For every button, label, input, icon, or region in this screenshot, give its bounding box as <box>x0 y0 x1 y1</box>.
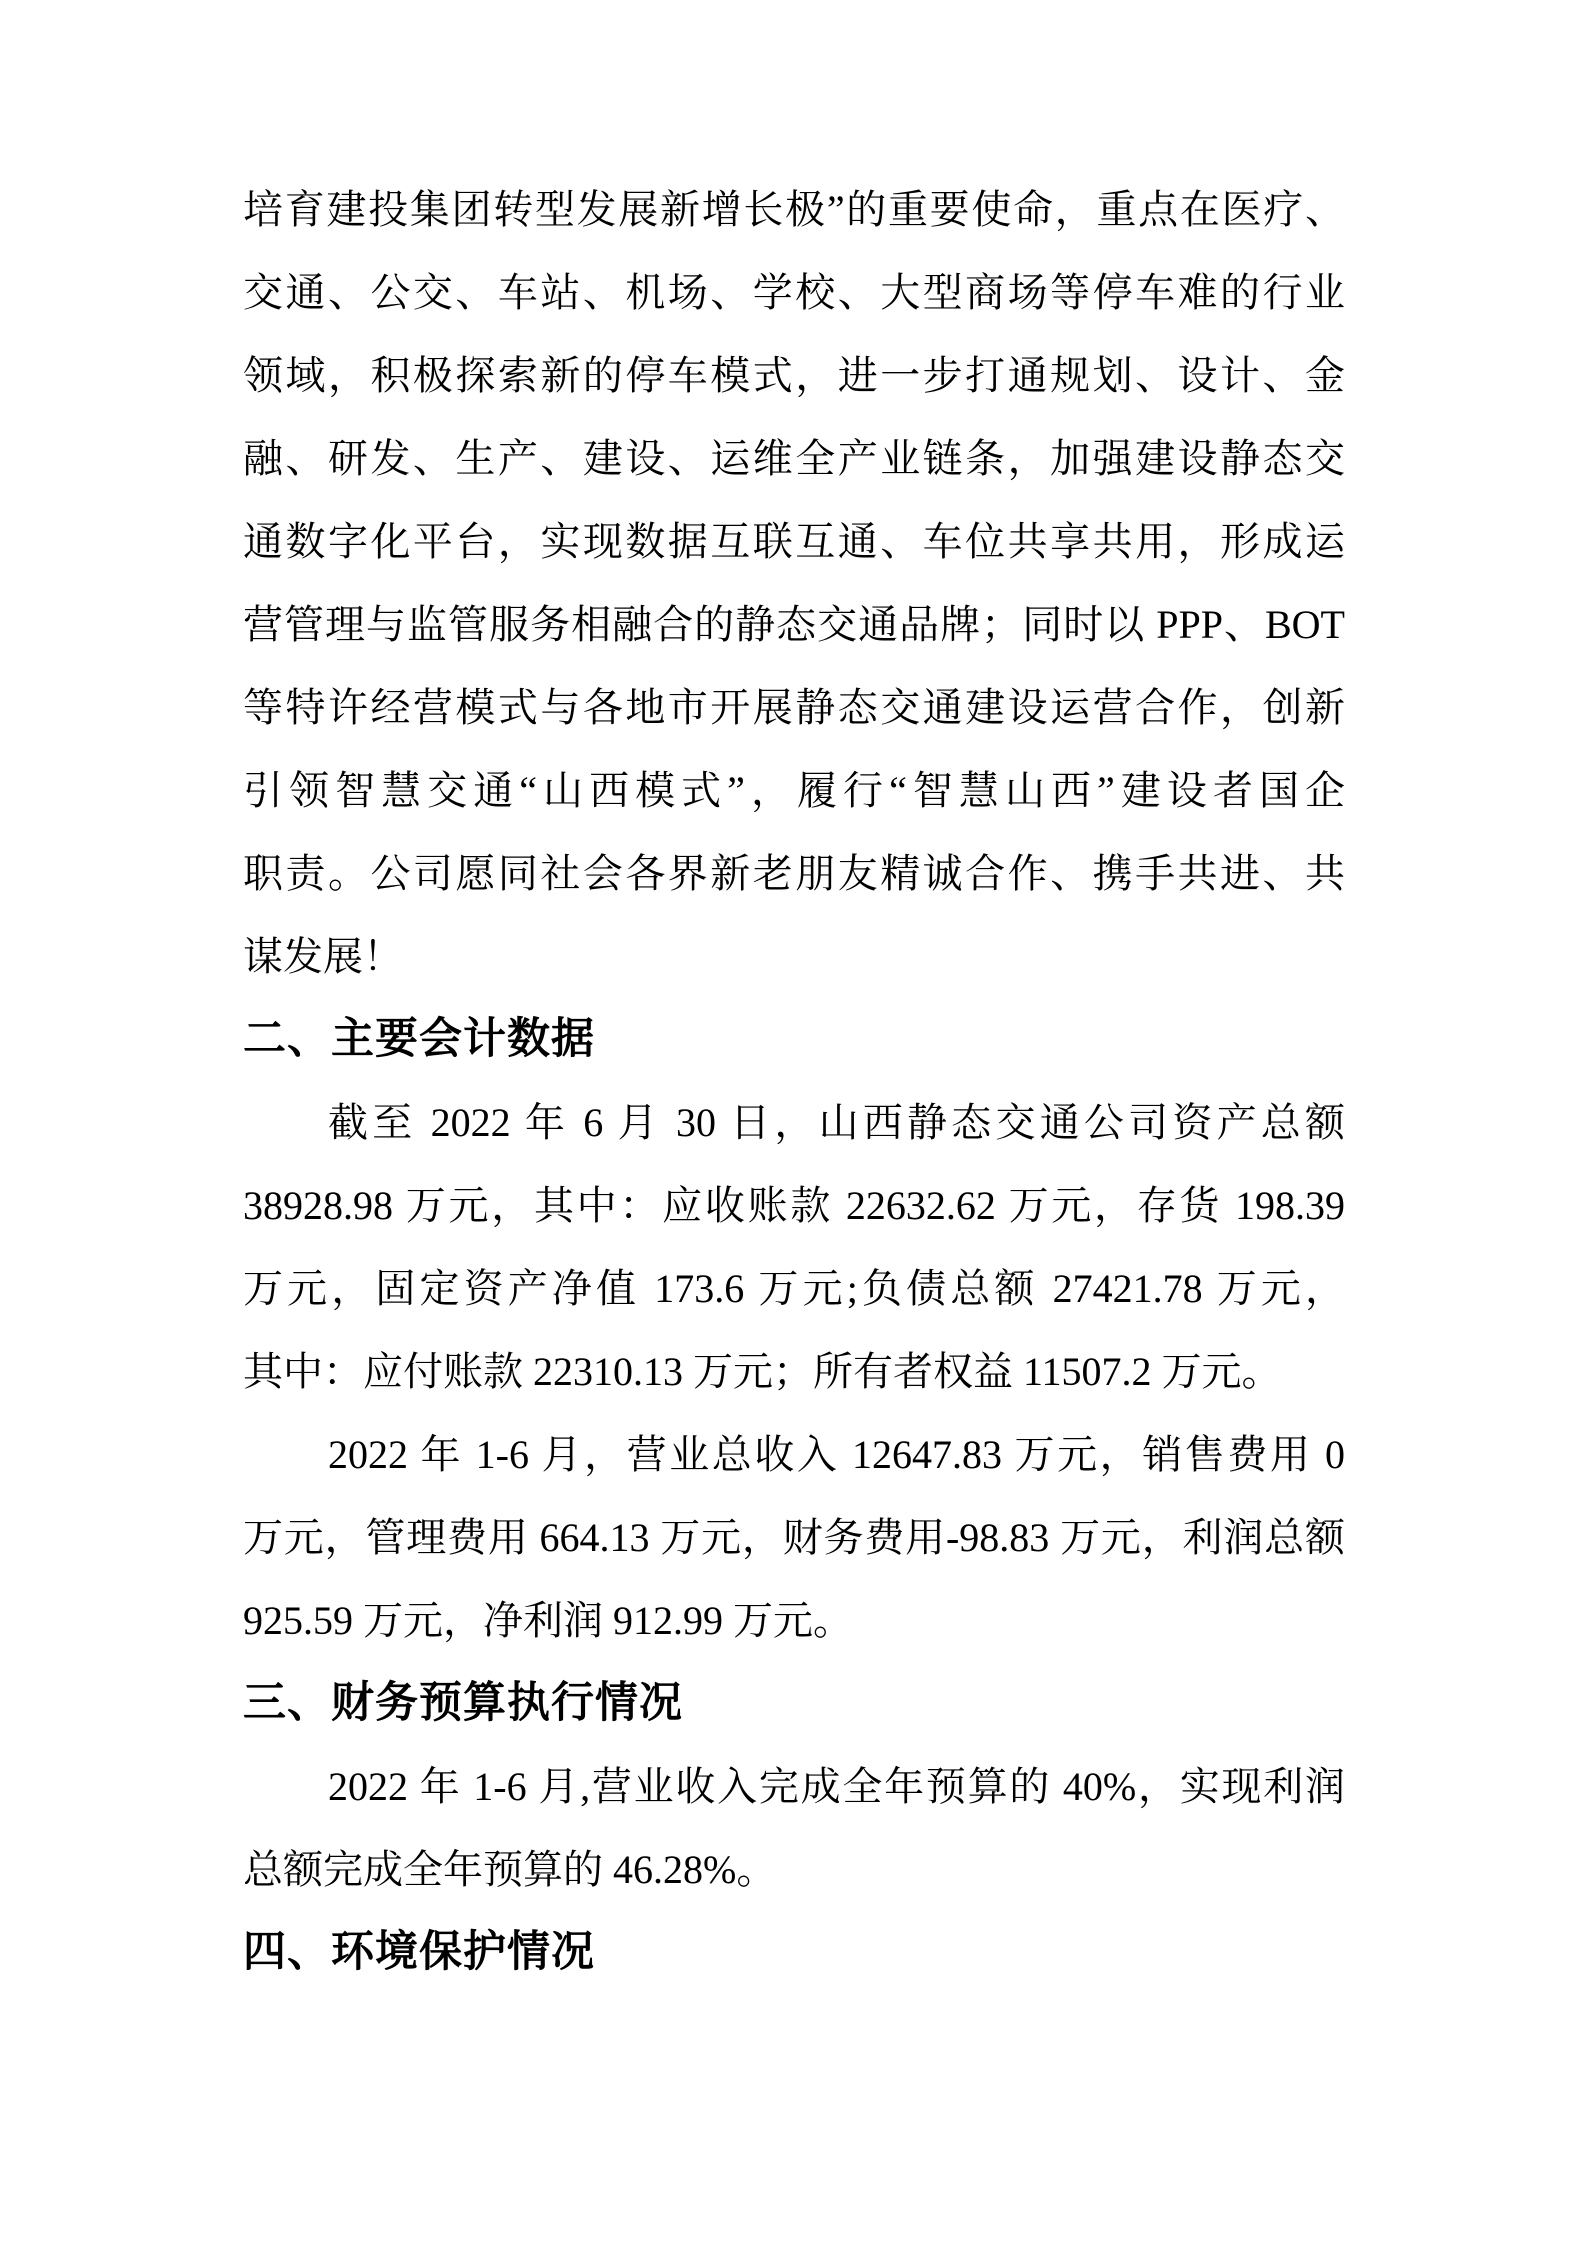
text-line: 截至 2022 年 6 月 30 日，山西静态交通公司资产总额 <box>243 1081 1345 1164</box>
heading-environmental-protection: 四、环境保护情况 <box>243 1911 1345 1994</box>
text-line: 交通、公交、车站、机场、学校、大型商场等停车难的行业 <box>243 251 1345 334</box>
text-line: 培育建投集团转型发展新增长极”的重要使命，重点在医疗、 <box>243 168 1345 251</box>
document-page: 培育建投集团转型发展新增长极”的重要使命，重点在医疗、 交通、公交、车站、机场、… <box>0 0 1587 2245</box>
text-line: 职责。公司愿同社会各界新老朋友精诚合作、携手共进、共 <box>243 832 1345 915</box>
heading-budget-execution: 三、财务预算执行情况 <box>243 1662 1345 1745</box>
text-line: 谋发展！ <box>243 915 1345 998</box>
text-line: 通数字化平台，实现数据互联互通、车位共享共用，形成运 <box>243 500 1345 583</box>
text-line: 925.59 万元，净利润 912.99 万元。 <box>243 1579 1345 1662</box>
text-line: 总额完成全年预算的 46.28%。 <box>243 1828 1345 1911</box>
text-line: 2022 年 1-6 月,营业收入完成全年预算的 40%，实现利润 <box>243 1745 1345 1828</box>
text-line: 融、研发、生产、建设、运维全产业链条，加强建设静态交 <box>243 417 1345 500</box>
text-line: 营管理与监管服务相融合的静态交通品牌；同时以 PPP、BOT <box>243 583 1345 666</box>
text-line: 2022 年 1-6 月，营业总收入 12647.83 万元，销售费用 0 <box>243 1413 1345 1496</box>
text-line: 万元，管理费用 664.13 万元，财务费用-98.83 万元，利润总额 <box>243 1496 1345 1579</box>
text-line: 其中：应付账款 22310.13 万元；所有者权益 11507.2 万元。 <box>243 1330 1345 1413</box>
text-line: 领域，积极探索新的停车模式，进一步打通规划、设计、金 <box>243 334 1345 417</box>
text-line: 万元，固定资产净值 173.6 万元;负债总额 27421.78 万元， <box>243 1247 1345 1330</box>
text-line: 等特许经营模式与各地市开展静态交通建设运营合作，创新 <box>243 666 1345 749</box>
document-body: 培育建投集团转型发展新增长极”的重要使命，重点在医疗、 交通、公交、车站、机场、… <box>243 168 1345 1994</box>
heading-main-accounting-data: 二、主要会计数据 <box>243 998 1345 1081</box>
text-line: 引领智慧交通“山西模式”，履行“智慧山西”建设者国企 <box>243 749 1345 832</box>
text-line: 38928.98 万元，其中：应收账款 22632.62 万元，存货 198.3… <box>243 1164 1345 1247</box>
